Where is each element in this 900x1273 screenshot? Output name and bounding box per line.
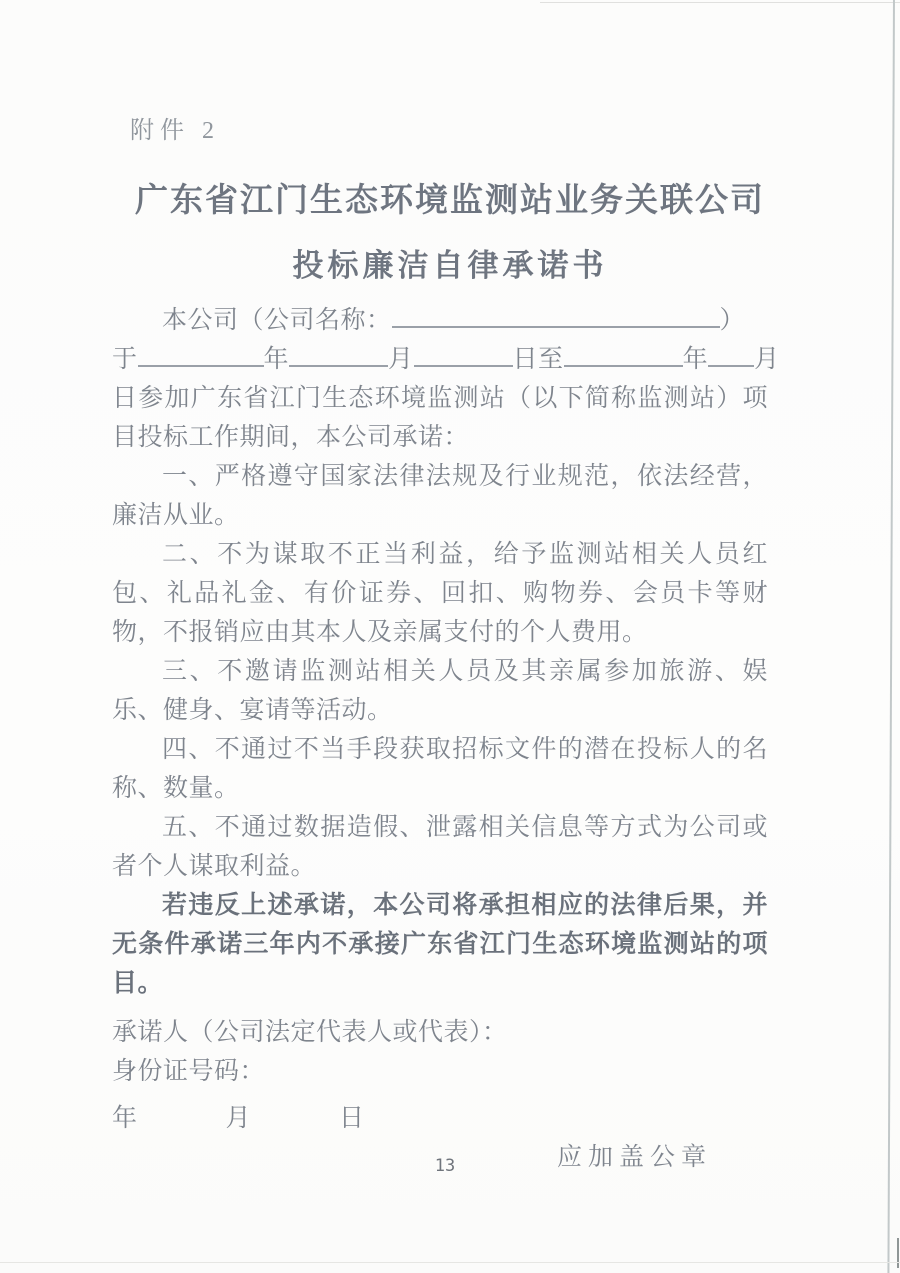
signature-date-row: 年月日	[112, 1099, 768, 1138]
intro-paragraph: 本公司（公司名称：）	[112, 301, 768, 340]
date-range-line: 于年月日至年月	[112, 340, 768, 379]
commitment-item-2: 二、不为谋取不正当利益，给予监测站相关人员红包、礼品礼金、有价证券、回扣、购物券…	[112, 535, 768, 652]
commitment-item-4: 四、不通过不当手段获取招标文件的潜在投标人的名称、数量。	[112, 730, 768, 808]
start-day-blank-line	[414, 341, 513, 367]
attachment-label: 附件 2	[130, 110, 220, 145]
end-month-blank-line	[708, 341, 754, 367]
document-body: 本公司（公司名称：） 于年月日至年月 日参加广东省江门生态环境监测站（以下简称监…	[112, 301, 768, 1177]
sign-day-label: 日	[339, 1105, 365, 1132]
intro-suffix-text: ）	[720, 307, 746, 334]
violation-warning-paragraph: 若违反上述承诺，本公司将承担相应的法律后果，并无条件承诺三年内不承接广东省江门生…	[112, 886, 768, 1003]
promisor-line: 承诺人（公司法定代表人或代表）：	[112, 1013, 768, 1052]
document-title-line2: 投标廉洁自律承诺书	[0, 240, 900, 285]
start-year-blank-line	[138, 341, 264, 367]
scan-artifact-right-corner	[897, 1238, 899, 1268]
page-number: 13	[0, 1156, 890, 1176]
year-label-2: 年	[683, 346, 709, 373]
intro-prefix-text: 本公司（公司名称：	[162, 307, 392, 334]
scan-artifact-top-edge	[540, 2, 900, 3]
day-to-label: 日至	[513, 346, 564, 373]
sign-year-label: 年	[112, 1105, 138, 1132]
company-name-blank-line	[392, 302, 720, 328]
sign-month-label: 月	[226, 1105, 252, 1132]
date-prefix-text: 于	[112, 346, 138, 373]
id-number-line: 身份证号码：	[112, 1052, 768, 1091]
start-month-blank-line	[289, 341, 388, 367]
document-title-line1: 广东省江门生态环境监测站业务关联公司	[0, 174, 900, 221]
scanned-document-page: 附件 2 广东省江门生态环境监测站业务关联公司 投标廉洁自律承诺书 本公司（公司…	[0, 0, 900, 1273]
commitment-item-5: 五、不通过数据造假、泄露相关信息等方式为公司或者个人谋取利益。	[112, 808, 768, 886]
year-label-1: 年	[264, 346, 290, 373]
commitment-item-3: 三、不邀请监测站相关人员及其亲属参加旅游、娱乐、健身、宴请等活动。	[112, 652, 768, 730]
end-year-blank-line	[564, 341, 683, 367]
commitment-item-1: 一、严格遵守国家法律法规及行业规范，依法经营，廉洁从业。	[112, 457, 768, 535]
continuation-paragraph: 日参加广东省江门生态环境监测站（以下简称监测站）项目投标工作期间，本公司承诺：	[112, 379, 768, 457]
month-label-2: 月	[754, 346, 780, 373]
scan-artifact-bottom-edge	[0, 1262, 900, 1263]
month-label-1: 月	[388, 346, 414, 373]
